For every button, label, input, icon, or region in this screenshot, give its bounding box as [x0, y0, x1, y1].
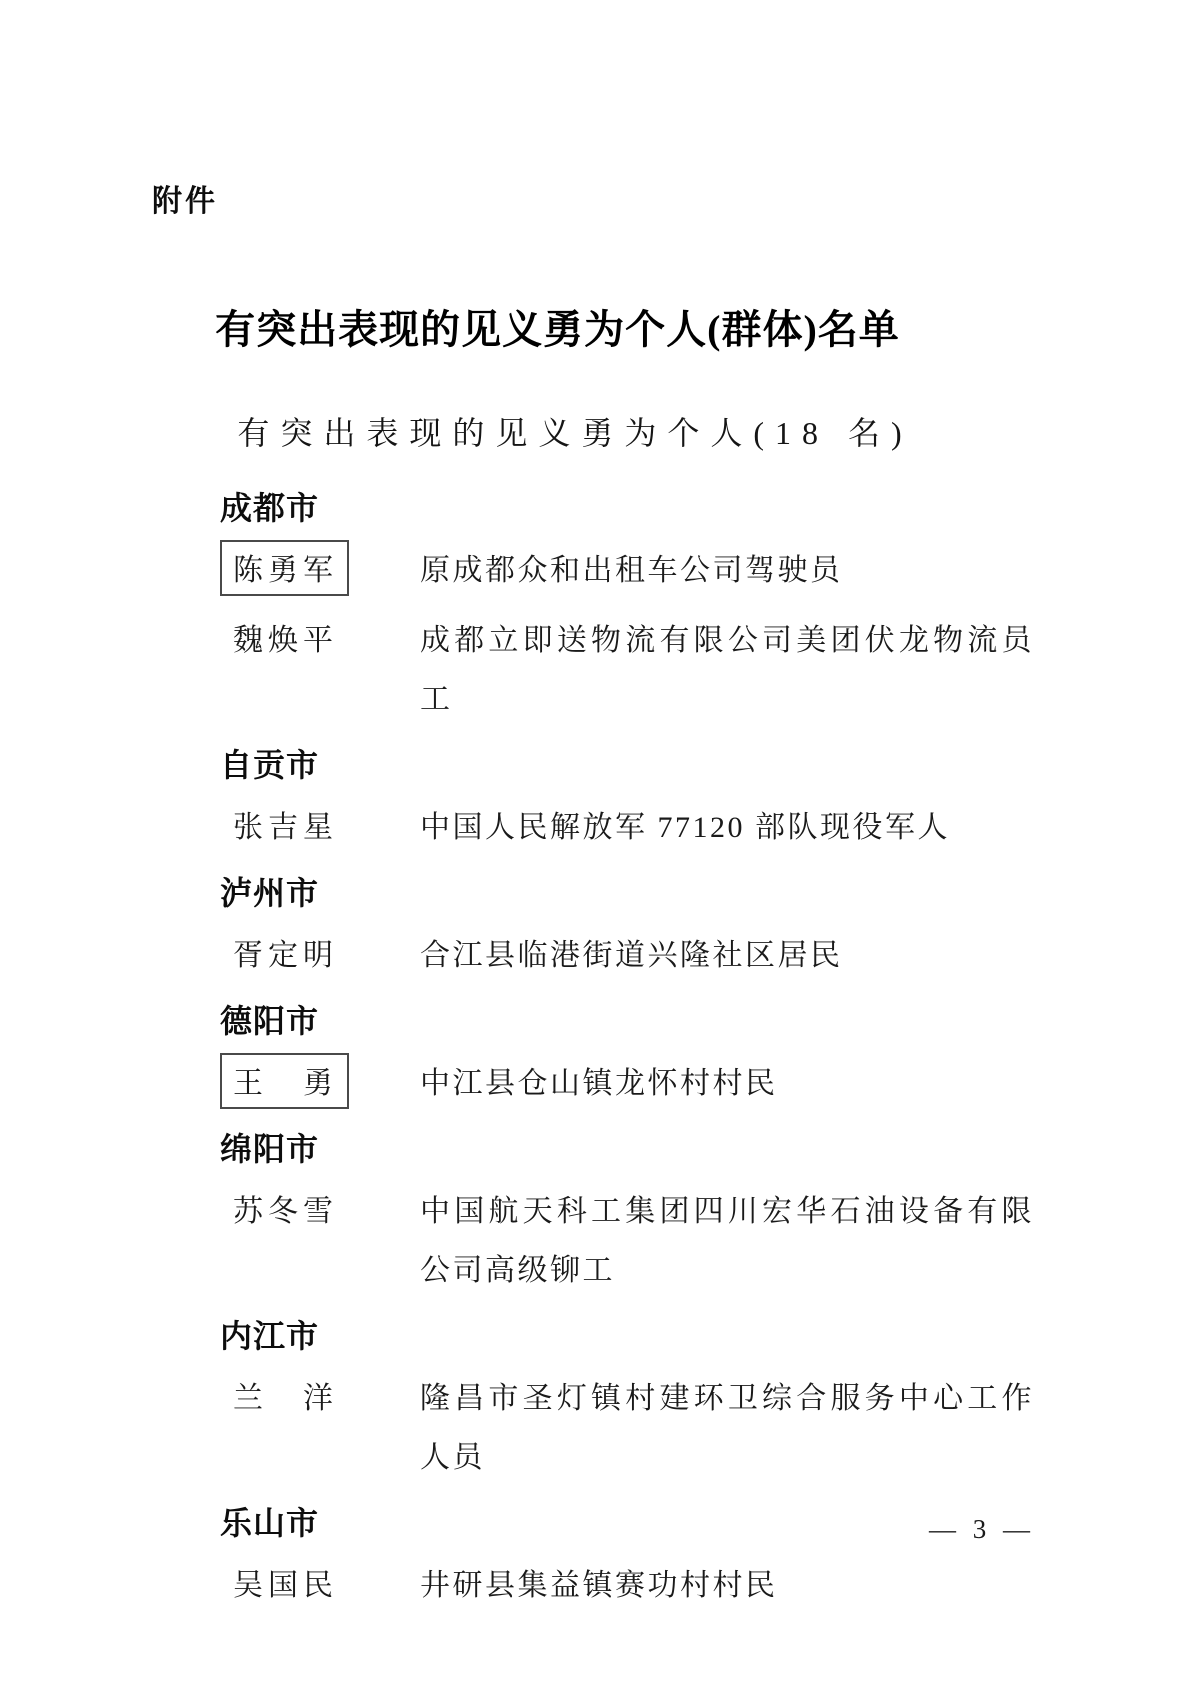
awardee-name: 苏冬雪 [220, 1181, 349, 1237]
awardee-name: 胥定明 [220, 925, 349, 981]
city-heading: 成都市 [220, 486, 1050, 530]
attachment-label: 附件 [152, 176, 218, 220]
city-heading: 内江市 [220, 1314, 1050, 1358]
awardee-name: 吴国民 [220, 1555, 349, 1611]
awardee-row: 王 勇中江县仓山镇龙怀村村民 [220, 1053, 1050, 1113]
awardee-description: 中国人民解放军 77120 部队现役军人 [420, 798, 1034, 857]
awardee-name-cell: 兰 洋 [220, 1368, 420, 1424]
awardee-description: 合江县临港街道兴隆社区居民 [420, 926, 1034, 985]
city-heading: 绵阳市 [220, 1127, 1050, 1171]
awardee-name-cell: 魏焕平 [220, 610, 420, 666]
awardee-row: 吴国民井研县集益镇赛功村村民 [220, 1555, 1050, 1615]
awardee-description: 成都立即送物流有限公司美团伏龙物流员工 [420, 611, 1034, 729]
awardee-name-cell: 张吉星 [220, 797, 420, 853]
awardee-name-cell: 胥定明 [220, 925, 420, 981]
awardee-row: 张吉星中国人民解放军 77120 部队现役军人 [220, 797, 1050, 857]
awardee-description: 中江县仓山镇龙怀村村民 [420, 1054, 1034, 1113]
document-page: 附件 有突出表现的见义勇为个人(群体)名单 有突出表现的见义勇为个人(18 名)… [0, 0, 1200, 1697]
awardee-description: 隆昌市圣灯镇村建环卫综合服务中心工作人员 [420, 1369, 1034, 1487]
awardee-row: 魏焕平成都立即送物流有限公司美团伏龙物流员工 [220, 610, 1050, 729]
awardee-name-boxed: 陈勇军 [220, 540, 349, 596]
awardee-name-cell: 苏冬雪 [220, 1181, 420, 1237]
page-number: — 3 — [922, 1514, 1042, 1545]
awardee-name-cell: 吴国民 [220, 1555, 420, 1611]
page-title: 有突出表现的见义勇为个人(群体)名单 [0, 298, 1115, 355]
awardee-row: 苏冬雪中国航天科工集团四川宏华石油设备有限公司高级铆工 [220, 1181, 1050, 1300]
page-subtitle: 有突出表现的见义勇为个人(18 名) [0, 408, 1150, 454]
awardee-name: 兰 洋 [220, 1368, 349, 1424]
awardee-description: 中国航天科工集团四川宏华石油设备有限公司高级铆工 [420, 1182, 1034, 1300]
awardee-name-cell: 陈勇军 [220, 540, 420, 596]
awardee-row: 陈勇军原成都众和出租车公司驾驶员 [220, 540, 1050, 600]
awardee-list: 成都市陈勇军原成都众和出租车公司驾驶员魏焕平成都立即送物流有限公司美团伏龙物流员… [220, 486, 1050, 1615]
awardee-row: 胥定明合江县临港街道兴隆社区居民 [220, 925, 1050, 985]
awardee-description: 井研县集益镇赛功村村民 [420, 1556, 1034, 1615]
city-heading: 德阳市 [220, 999, 1050, 1043]
awardee-name: 魏焕平 [220, 610, 349, 666]
awardee-name-cell: 王 勇 [220, 1053, 420, 1109]
awardee-name-boxed: 王 勇 [220, 1053, 349, 1109]
city-heading: 泸州市 [220, 871, 1050, 915]
awardee-row: 兰 洋隆昌市圣灯镇村建环卫综合服务中心工作人员 [220, 1368, 1050, 1487]
city-heading: 自贡市 [220, 743, 1050, 787]
awardee-name: 张吉星 [220, 797, 349, 853]
awardee-description: 原成都众和出租车公司驾驶员 [420, 541, 1034, 600]
